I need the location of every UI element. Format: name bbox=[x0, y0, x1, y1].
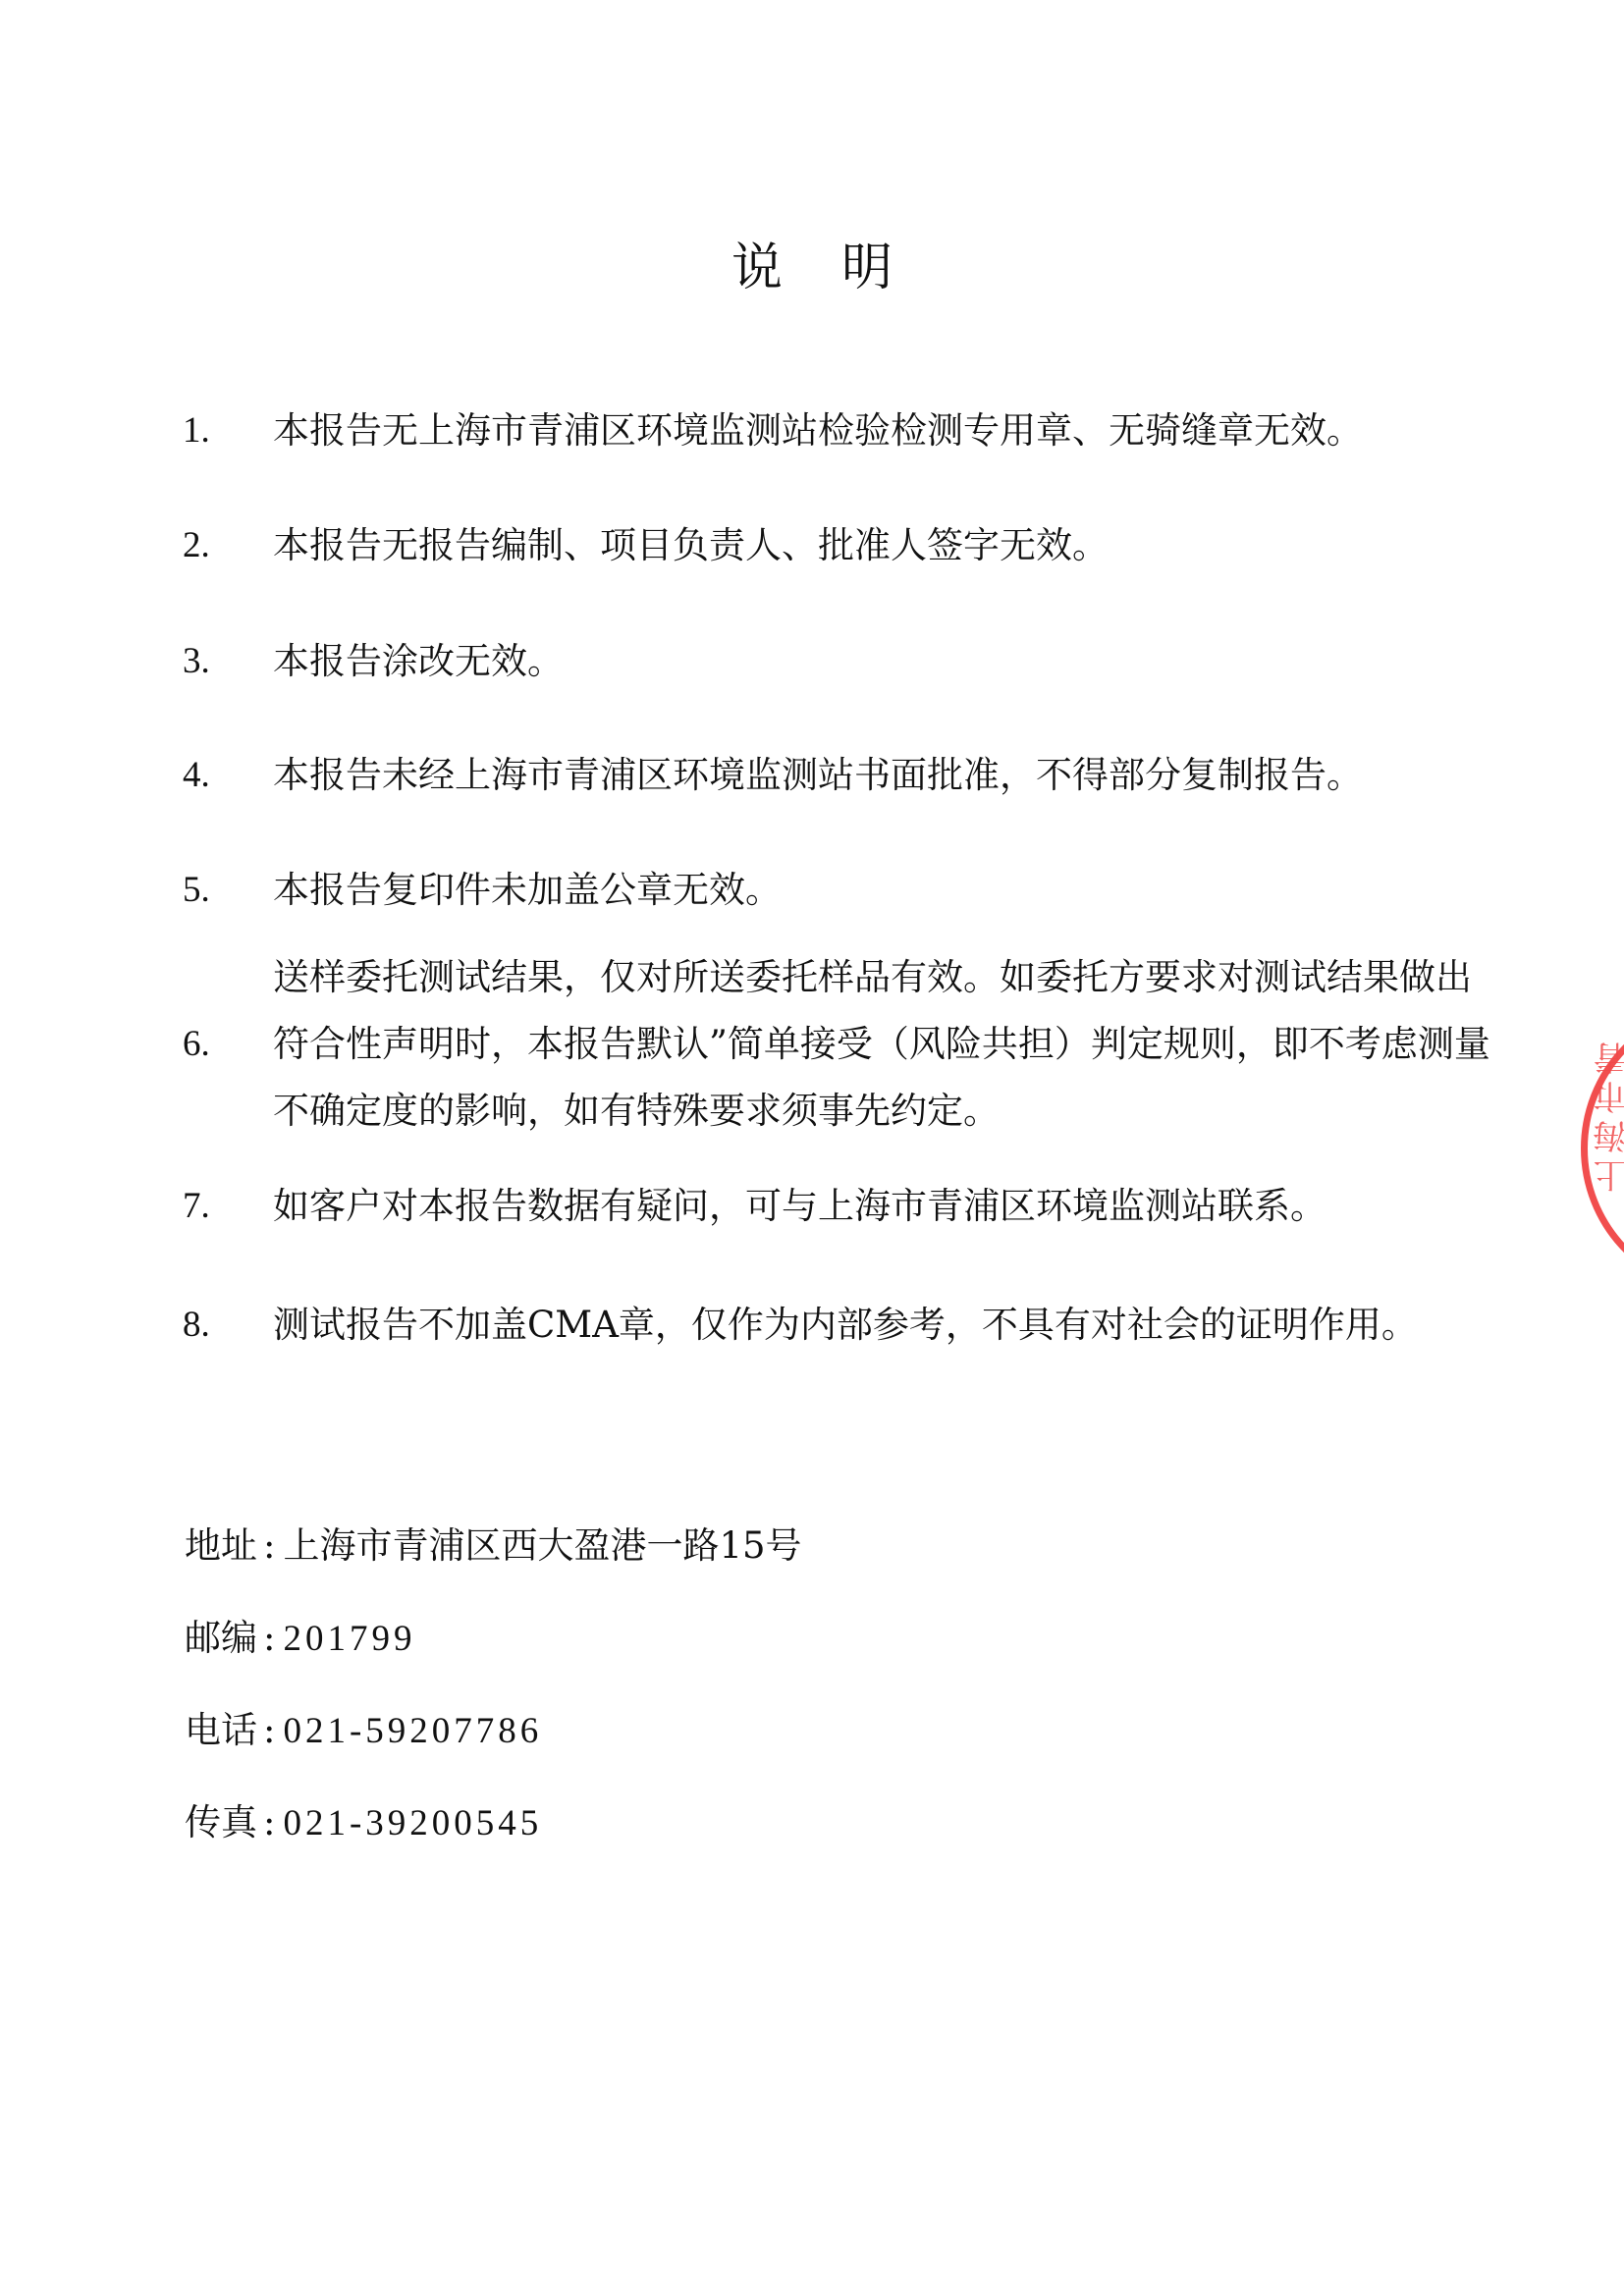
item-text: 本报告涂改无效。 bbox=[273, 628, 1490, 695]
contact-label: 地址 bbox=[185, 1522, 257, 1570]
contact-label: 邮编 bbox=[185, 1615, 257, 1662]
item-text: 送样委托测试结果，仅对所送委托样品有效。如委托方要求对测试结果做出符合性声明时，… bbox=[273, 944, 1490, 1145]
contact-separator: : bbox=[263, 1799, 275, 1846]
seal-stamp-text: 上海市青 bbox=[1589, 1036, 1624, 1193]
item-text: 测试报告不加盖CMA章，仅作为内部参考，不具有对社会的证明作用。 bbox=[273, 1292, 1490, 1359]
contact-phone: 电话:021-59207786 bbox=[185, 1707, 542, 1755]
item-number: 2. bbox=[183, 512, 271, 579]
contact-label: 电话 bbox=[185, 1707, 257, 1754]
page-title: 说明 bbox=[0, 226, 1624, 299]
item-number: 3. bbox=[183, 628, 271, 695]
item-text: 本报告无上海市青浦区环境监测站检验检测专用章、无骑缝章无效。 bbox=[273, 398, 1490, 464]
item-text: 如客户对本报告数据有疑问，可与上海市青浦区环境监测站联系。 bbox=[273, 1173, 1490, 1240]
fax-value: 021-39200545 bbox=[283, 1800, 542, 1847]
item-number: 6. bbox=[183, 1011, 271, 1078]
contact-postcode: 邮编:201799 bbox=[185, 1615, 415, 1663]
contact-separator: : bbox=[263, 1615, 275, 1662]
contact-separator: : bbox=[263, 1707, 275, 1754]
address-value: 上海市青浦区西大盈港一路15号 bbox=[283, 1522, 801, 1570]
contact-separator: : bbox=[263, 1522, 275, 1570]
document-page: 说明 1. 本报告无上海市青浦区环境监测站检验检测专用章、无骑缝章无效。 2. … bbox=[0, 0, 1624, 2296]
item-number: 7. bbox=[183, 1173, 271, 1240]
item-number: 8. bbox=[183, 1292, 271, 1359]
item-text: 本报告无报告编制、项目负责人、批准人签字无效。 bbox=[273, 512, 1490, 579]
phone-value: 021-59207786 bbox=[283, 1708, 542, 1755]
postcode-value: 201799 bbox=[283, 1616, 415, 1663]
contact-label: 传真 bbox=[185, 1799, 257, 1846]
item-text: 本报告未经上海市青浦区环境监测站书面批准，不得部分复制报告。 bbox=[273, 742, 1490, 809]
contact-fax: 传真:021-39200545 bbox=[185, 1799, 542, 1847]
item-text: 本报告复印件未加盖公章无效。 bbox=[273, 857, 1490, 924]
contact-address: 地址:上海市青浦区西大盈港一路15号 bbox=[185, 1522, 802, 1570]
item-number: 4. bbox=[183, 742, 271, 809]
item-number: 5. bbox=[183, 857, 271, 924]
item-number: 1. bbox=[183, 398, 271, 464]
